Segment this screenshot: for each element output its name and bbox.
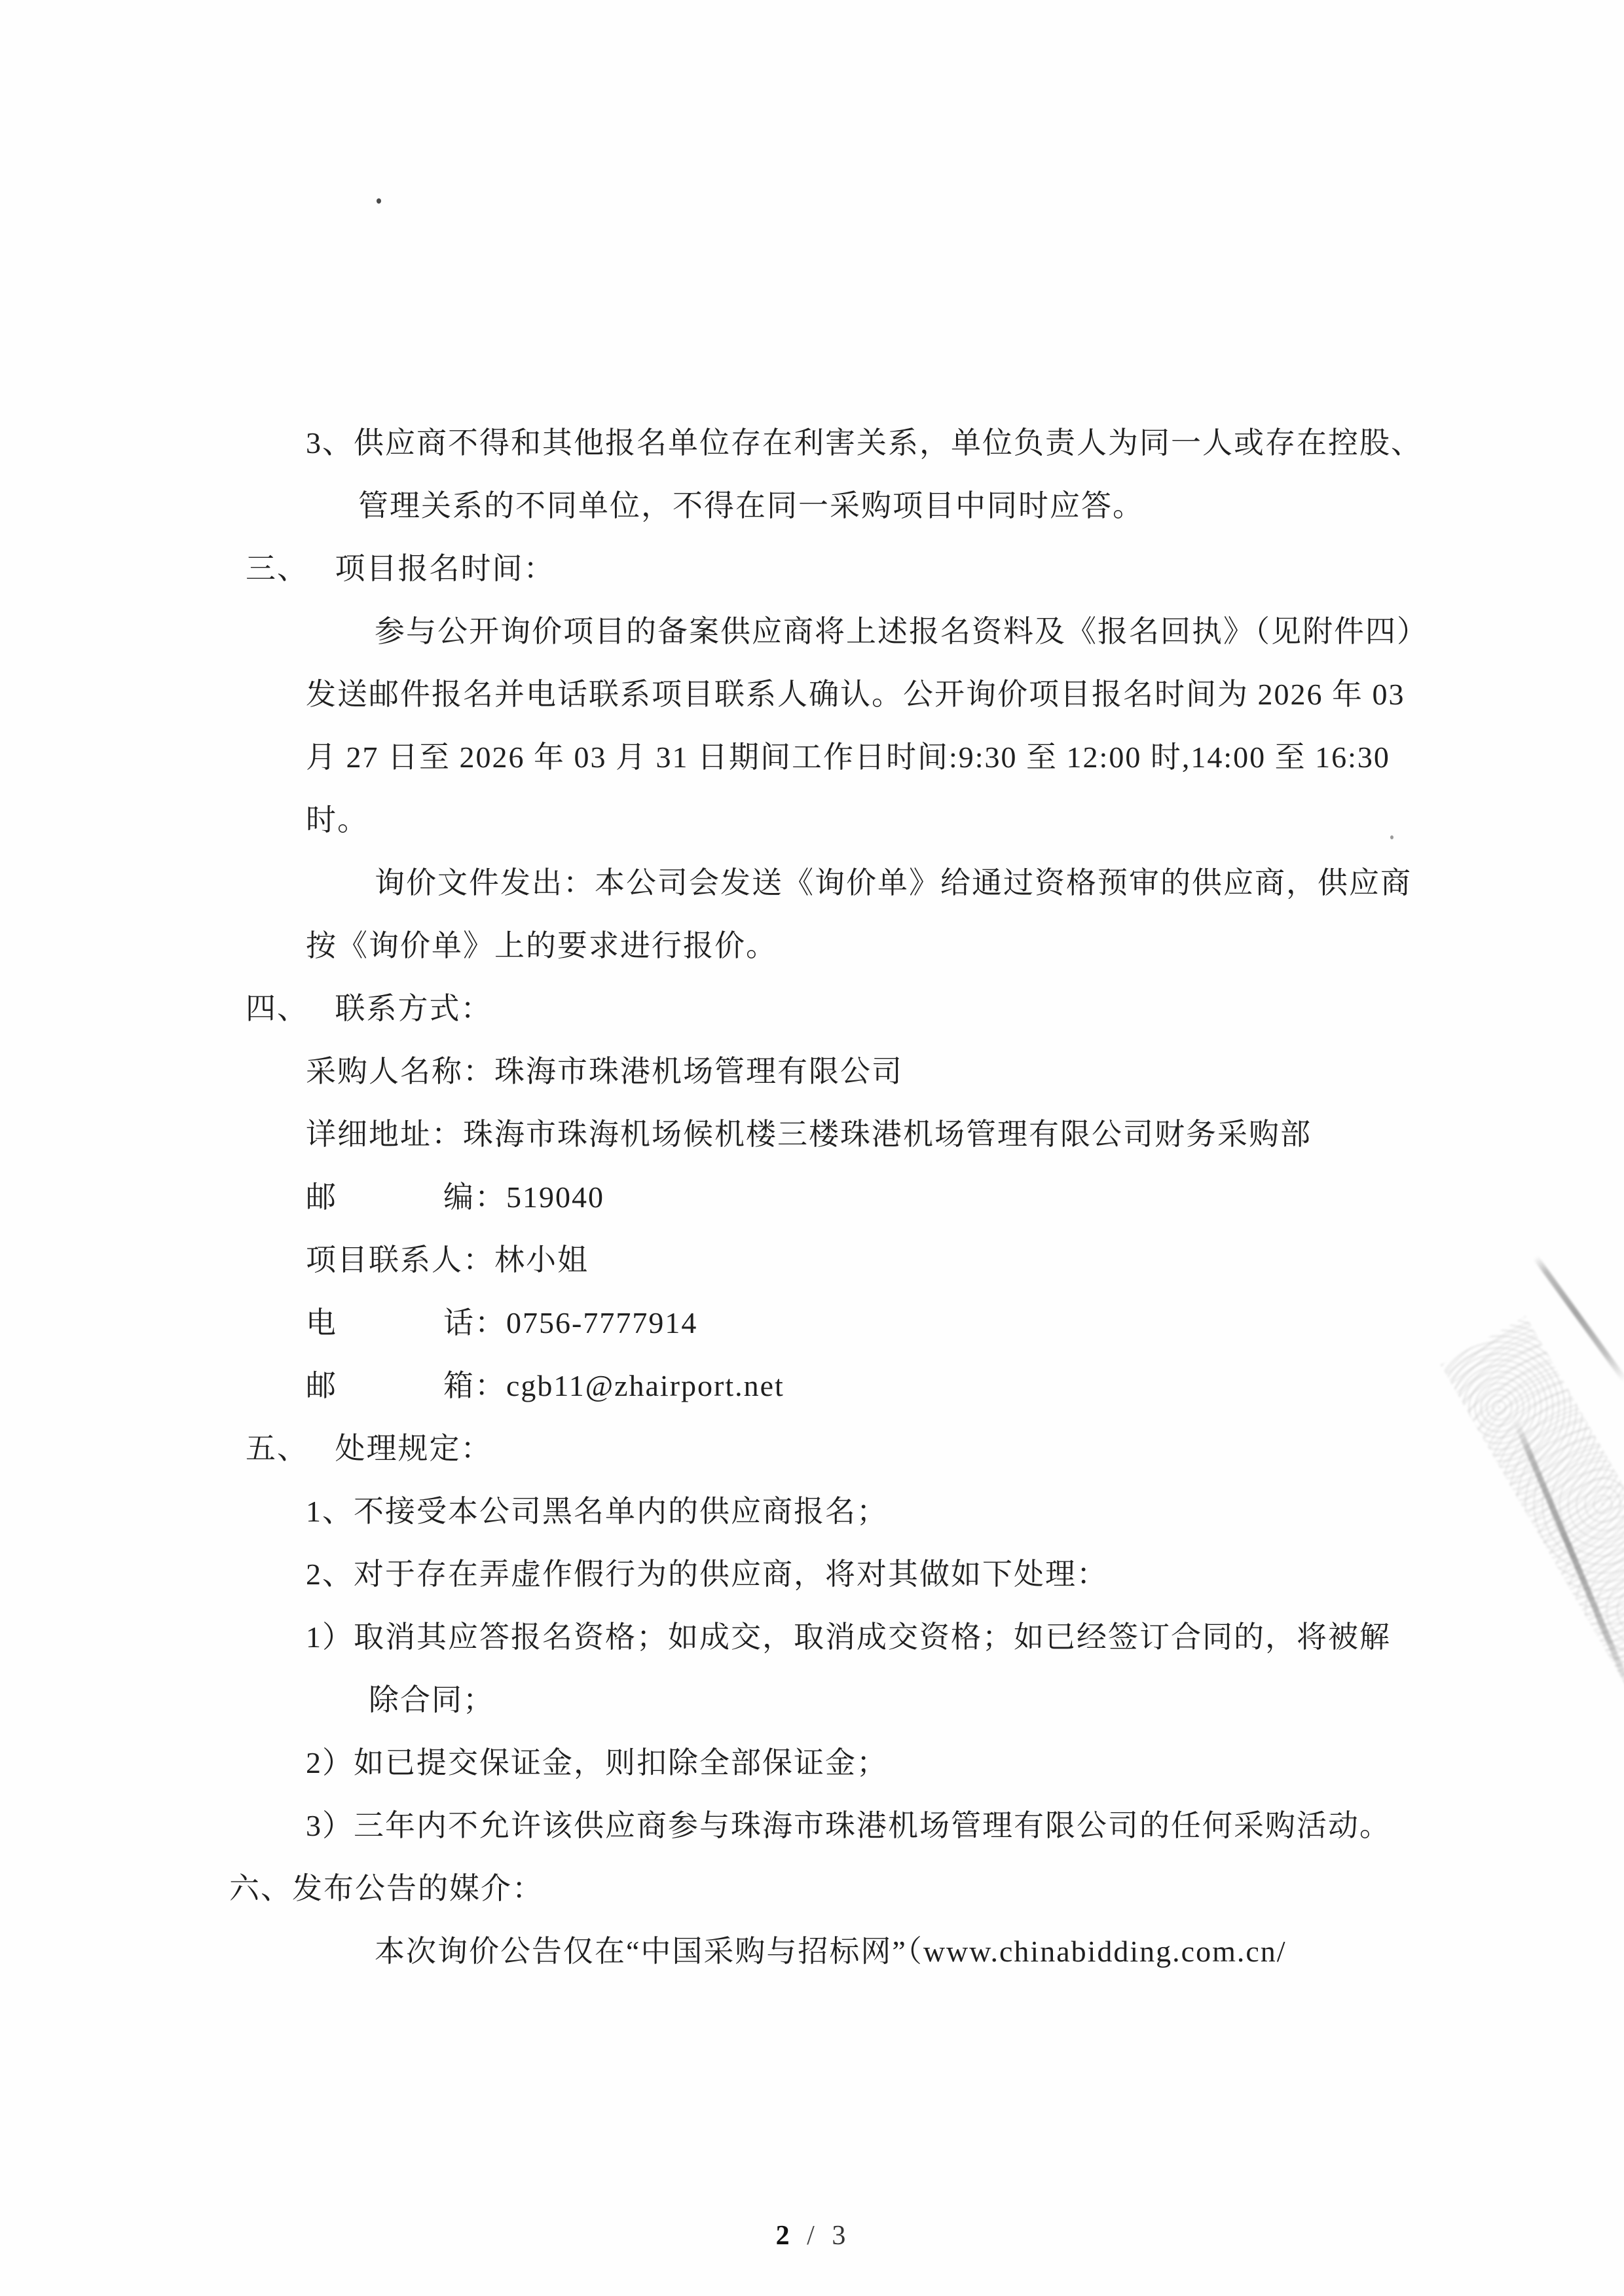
page-number: 2 / 3 bbox=[0, 2216, 1624, 2255]
text-line: 邮 箱：cgb11@zhairport.net bbox=[0, 1355, 1624, 1417]
text-line: 发送邮件报名并电话联系项目联系人确认。公开询价项目报名时间为 2026 年 03 bbox=[0, 663, 1624, 726]
page-number-separator: / bbox=[802, 2221, 822, 2251]
text-line: 三、 项目报名时间： bbox=[0, 538, 1624, 600]
text-line: 电 话：0756-7777914 bbox=[0, 1292, 1624, 1355]
document-lines: 3、供应商不得和其他报名单位存在利害关系，单位负责人为同一人或存在控股、管理关系… bbox=[0, 412, 1624, 1983]
text-line: 除合同； bbox=[0, 1669, 1624, 1732]
text-line: 参与公开询价项目的备案供应商将上述报名资料及《报名回执》（见附件四） bbox=[0, 600, 1624, 663]
text-line: 详细地址：珠海市珠海机场候机楼三楼珠港机场管理有限公司财务采购部 bbox=[0, 1103, 1624, 1166]
text-line: 1、不接受本公司黑名单内的供应商报名； bbox=[0, 1480, 1624, 1543]
scan-speck bbox=[1390, 835, 1393, 839]
text-line: 项目联系人：林小姐 bbox=[0, 1229, 1624, 1292]
text-line: 四、 联系方式： bbox=[0, 977, 1624, 1040]
text-line: 管理关系的不同单位，不得在同一采购项目中同时应答。 bbox=[0, 475, 1624, 538]
text-line: 邮 编：519040 bbox=[0, 1166, 1624, 1229]
text-line: 按《询价单》上的要求进行报价。 bbox=[0, 915, 1624, 977]
text-line: 月 27 日至 2026 年 03 月 31 日期间工作日时间:9:30 至 1… bbox=[0, 726, 1624, 789]
text-line: 询价文件发出：本公司会发送《询价单》给通过资格预审的供应商，供应商 bbox=[0, 852, 1624, 915]
text-line: 时。 bbox=[0, 789, 1624, 852]
current-page-number: 2 bbox=[776, 2221, 792, 2251]
text-line: 五、 处理规定： bbox=[0, 1417, 1624, 1480]
scan-speck bbox=[377, 198, 381, 204]
text-line: 3、供应商不得和其他报名单位存在利害关系，单位负责人为同一人或存在控股、 bbox=[0, 412, 1624, 475]
document-page: 3、供应商不得和其他报名单位存在利害关系，单位负责人为同一人或存在控股、管理关系… bbox=[0, 0, 1624, 2296]
text-line: 3）三年内不允许该供应商参与珠海市珠港机场管理有限公司的任何采购活动。 bbox=[0, 1795, 1624, 1857]
text-line: 2）如已提交保证金，则扣除全部保证金； bbox=[0, 1732, 1624, 1795]
text-line: 2、对于存在弄虚作假行为的供应商，将对其做如下处理： bbox=[0, 1543, 1624, 1606]
total-page-count: 3 bbox=[832, 2221, 848, 2251]
text-line: 采购人名称：珠海市珠港机场管理有限公司 bbox=[0, 1040, 1624, 1103]
text-line: 六、发布公告的媒介： bbox=[0, 1857, 1624, 1920]
text-line: 1）取消其应答报名资格；如成交，取消成交资格；如已经签订合同的，将被解 bbox=[0, 1606, 1624, 1669]
text-line: 本次询价公告仅在“中国采购与招标网”（www.chinabidding.com.… bbox=[0, 1920, 1624, 1983]
